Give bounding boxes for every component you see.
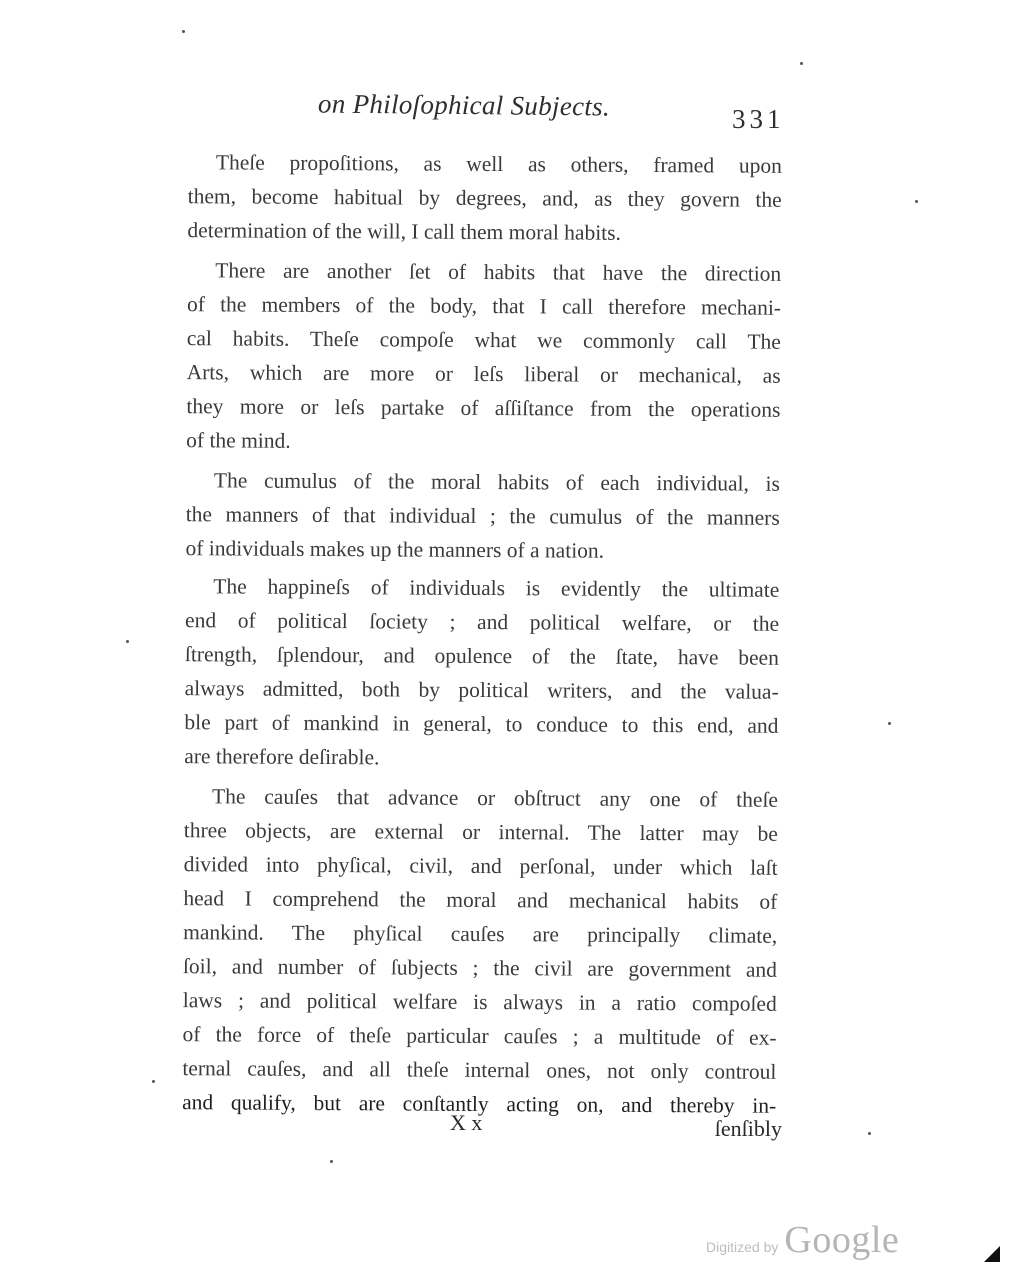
text-line: The cumulus of the moral habits of each … — [158, 463, 780, 501]
text-line: mankind. The phyſical cauſes are princip… — [155, 915, 777, 953]
text-line: determination of the will, I call them m… — [159, 213, 781, 251]
google-logo: Google — [784, 1218, 899, 1262]
scanned-book-page: on Philoſophical Subjects. 331 Theſe pro… — [0, 0, 1014, 1282]
text-line: Arts, which are more or leſs liberal or … — [159, 355, 781, 393]
paragraph-moral-habits: Theſe propoſitions, as well as others, f… — [159, 145, 782, 251]
paragraph-cumulus: The cumulus of the moral habits of each … — [157, 463, 780, 569]
page-corner-icon — [984, 1246, 1000, 1262]
text-line: of individuals makes up the manners of a… — [157, 531, 779, 569]
paragraph-happiness: The happineſs of individuals is evidentl… — [156, 569, 779, 777]
text-line: Theſe propoſitions, as well as others, f… — [160, 145, 782, 183]
text-line: ble part of mankind in general, to condu… — [156, 705, 778, 743]
running-head: on Philoſophical Subjects. — [318, 88, 610, 122]
text-line: There are another ſet of habits that hav… — [159, 253, 781, 291]
scan-speck — [800, 62, 803, 65]
text-line: ſtrength, ſplendour, and opulence of the… — [157, 637, 779, 675]
text-line: of the members of the body, that I call … — [159, 287, 781, 325]
signature-mark: X x — [450, 1110, 482, 1136]
text-line: the manners of that individual ; the cum… — [158, 497, 780, 535]
text-line: ſoil, and number of ſubjects ; the civil… — [155, 949, 777, 987]
text-line: laws ; and political welfare is always i… — [155, 983, 777, 1021]
paragraph-mechanical-habits: There are another ſet of habits that hav… — [158, 253, 781, 461]
text-line: they more or leſs partake of aſſiſtance … — [158, 389, 780, 427]
text-line: The cauſes that advance or obſtruct any … — [156, 779, 778, 817]
scan-speck — [868, 1132, 871, 1135]
text-line: of the force of theſe particular cauſes … — [154, 1017, 776, 1055]
page-footer: X x ſenſibly — [160, 1110, 782, 1144]
text-line: always admitted, both by political write… — [157, 671, 779, 709]
catchword: ſenſibly — [715, 1116, 782, 1142]
text-line: of the mind. — [158, 423, 780, 461]
text-line: them, become habitual by degrees, and, a… — [160, 179, 782, 217]
scan-speck — [126, 640, 129, 643]
body-text: Theſe propoſitions, as well as others, f… — [154, 145, 782, 1123]
scan-speck — [915, 200, 918, 203]
text-line: cal habits. Theſe compoſe what we common… — [159, 321, 781, 359]
watermark-prefix: Digitized by — [706, 1239, 778, 1255]
text-line: The happineſs of individuals is evidentl… — [157, 569, 779, 607]
scan-speck — [330, 1160, 333, 1163]
text-line: divided into phyſical, civil, and perſon… — [156, 847, 778, 885]
scan-speck — [152, 1080, 155, 1083]
page-number: 331 — [732, 104, 785, 135]
text-line: three objects, are external or internal.… — [156, 813, 778, 851]
paragraph-causes: The cauſes that advance or obſtruct any … — [154, 779, 778, 1123]
text-line: ternal cauſes, and all theſe internal on… — [154, 1051, 776, 1089]
digitized-by-google-watermark: Digitized by Google — [706, 1218, 899, 1262]
scan-speck — [888, 722, 891, 725]
text-line: end of political ſociety ; and political… — [157, 603, 779, 641]
scan-speck — [182, 30, 185, 33]
text-line: are therefore deſirable. — [156, 739, 778, 777]
text-line: head I comprehend the moral and mechanic… — [155, 881, 777, 919]
